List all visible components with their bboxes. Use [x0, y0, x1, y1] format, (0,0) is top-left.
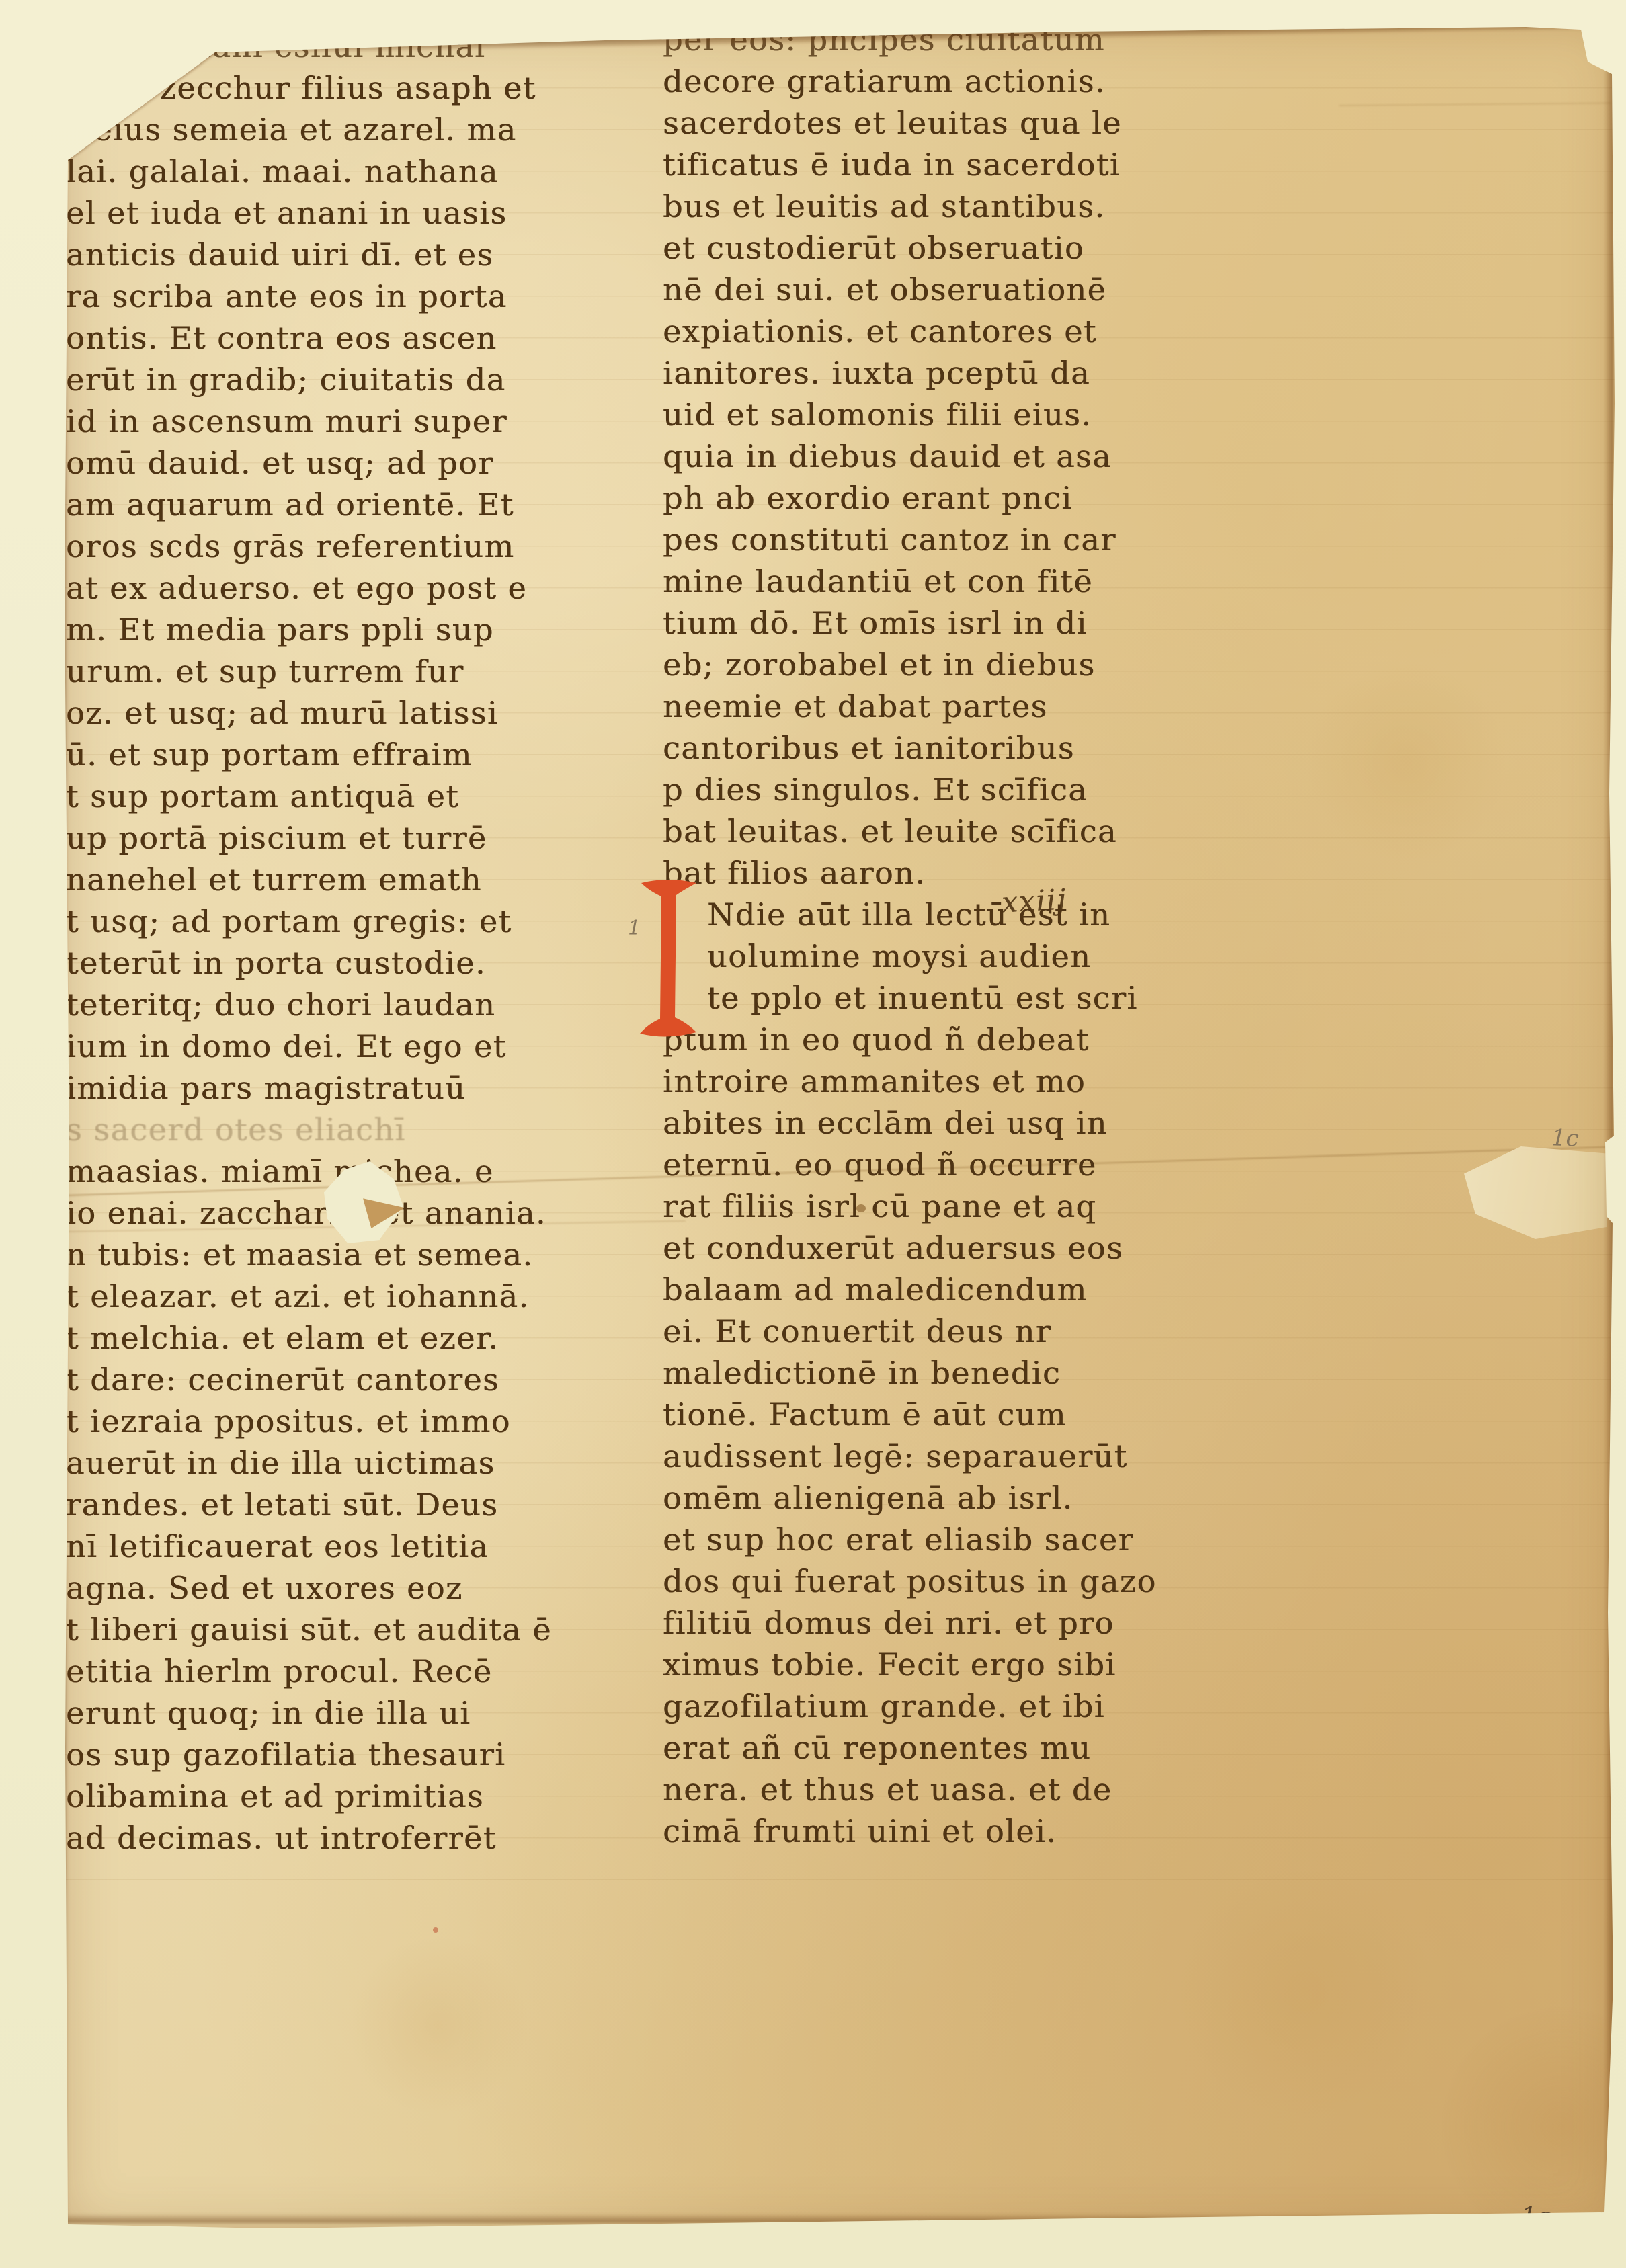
text-line: tium dō. Et omīs isrl in di — [663, 602, 1241, 644]
text-line: Ndie aūt illa lectū est in — [663, 894, 1241, 935]
text-line: p dies singulos. Et scīfica — [663, 769, 1241, 810]
text-line: t iezraia ppositus. et immo — [66, 1400, 608, 1442]
text-line: et sup hoc erat eliasib sacer — [663, 1519, 1241, 1560]
text-line: et custodierūt obseruatio — [663, 227, 1241, 269]
text-line: anticis dauid uiri dī. et es — [66, 234, 608, 276]
text-line: rat filiis isrl cū pane et aq — [663, 1185, 1241, 1227]
text-line: nē dei sui. et obseruationē — [663, 269, 1241, 310]
text-column-right: per eos: pncipes ciuitatumdecore gratiar… — [663, 19, 1241, 1894]
text-line: sacerdotes et leuitas qua le — [663, 102, 1241, 144]
text-line: pes constituti cantoz in car — [663, 519, 1241, 560]
text-line: uid et salomonis filii eius. — [663, 394, 1241, 435]
text-line: n tubis: et maasia et semea. — [66, 1234, 608, 1275]
text-line: ium in domo dei. Et ego et — [66, 1025, 608, 1067]
chapter-number: xxiij — [1001, 882, 1068, 919]
text-line: oz. et usq; ad murū latissi — [66, 692, 608, 734]
text-line: up portā piscium et turrē — [66, 817, 608, 859]
text-line: cimā frumti uini et olei. — [663, 1810, 1241, 1852]
text-line: ianitores. iuxta pceptū da — [663, 352, 1241, 394]
text-line: nī letificauerat eos letitia — [66, 1525, 608, 1567]
text-line: te pplo et inuentū est scri — [663, 977, 1241, 1019]
text-line: tionē. Factum ē aūt cum — [663, 1394, 1241, 1435]
text-line: ū. et sup portam effraim — [66, 734, 608, 775]
ink-spot — [856, 1204, 866, 1212]
text-line: randes. et letati sūt. Deus — [66, 1484, 608, 1525]
text-line: am aquarum ad orientē. Et — [66, 484, 608, 526]
text-line: introire ammanites et mo — [663, 1060, 1241, 1102]
text-line: bat filios aaron. — [663, 852, 1241, 894]
text-line: etitia hierlm procul. Recē — [66, 1650, 608, 1692]
text-line: quia in diebus dauid et asa — [663, 435, 1241, 477]
text-line: ani mathani esilui michal — [66, 26, 608, 67]
text-line: t usq; ad portam gregis: et — [66, 900, 608, 942]
text-column-left: ani mathani esilui michalfilius zecchur … — [66, 26, 608, 1894]
text-line: teterūt in porta custodie. — [66, 942, 608, 984]
text-line: cantoribus et ianitoribus — [663, 727, 1241, 769]
text-line: expiationis. et cantores et — [663, 310, 1241, 352]
text-line: balaam ad maledicendum — [663, 1269, 1241, 1310]
text-line: t dare: cecinerūt cantores — [66, 1359, 608, 1400]
text-line: m. Et media pars ppli sup — [66, 609, 608, 650]
text-line: erunt quoq; in die illa ui — [66, 1692, 608, 1734]
text-line: bus et leuitis ad stantibus. — [663, 185, 1241, 227]
text-line: eternū. eo quod ñ occurre — [663, 1144, 1241, 1185]
text-line: maledictionē in benedic — [663, 1352, 1241, 1394]
text-line: neemie et dabat partes — [663, 685, 1241, 727]
text-line: ontis. Et contra eos ascen — [66, 317, 608, 359]
text-line: ad decimas. ut introferrēt — [66, 1817, 608, 1859]
text-line: ximus tobie. Fecit ergo sibi — [663, 1644, 1241, 1685]
text-line: ptum in eo quod ñ debeat — [663, 1019, 1241, 1060]
text-line: gazofilatium grande. et ibi — [663, 1685, 1241, 1727]
text-line: imidia pars magistratuū — [66, 1067, 608, 1109]
text-line: erūt in gradib; ciuitatis da — [66, 359, 608, 401]
initial-I-glyph — [635, 878, 702, 1039]
text-line: agna. Sed et uxores eoz — [66, 1567, 608, 1609]
text-line: dos qui fuerat positus in gazo — [663, 1560, 1241, 1602]
text-line: el et iuda et anani in uasis — [66, 192, 608, 234]
rubric-initial-letter: I — [635, 878, 702, 1039]
text-line: uolumine moysi audien — [663, 935, 1241, 977]
text-line: filius zecchur filius asaph et — [66, 67, 608, 109]
text-line: decore gratiarum actionis. — [663, 60, 1241, 102]
text-line: olibamina et ad primitias — [66, 1775, 608, 1817]
text-line: ra scriba ante eos in porta — [66, 276, 608, 317]
text-line: os sup gazofilatia thesauri — [66, 1734, 608, 1775]
text-line: at ex aduerso. et ego post e — [66, 567, 608, 609]
text-line: teteritq; duo chori laudan — [66, 984, 608, 1025]
red-speck — [433, 1927, 438, 1933]
text-line: filitiū domus dei nri. et pro — [663, 1602, 1241, 1644]
text-line: eb; zorobabel et in diebus — [663, 644, 1241, 685]
text-line: per eos: pncipes ciuitatum — [663, 19, 1241, 60]
text-line: urum. et sup turrem fur — [66, 650, 608, 692]
text-line: t sup portam antiquā et — [66, 775, 608, 817]
parchment-leaf: ani mathani esilui michalfilius zecchur … — [62, 23, 1617, 2232]
folio-mark-margin: 1c — [1551, 1124, 1579, 1152]
text-line: omū dauid. et usq; ad por — [66, 442, 608, 484]
folio-mark-corner: 1c — [1520, 2201, 1551, 2232]
text-line: t eleazar. et azi. et iohannā. — [66, 1275, 608, 1317]
text-line: lai. galalai. maai. nathana — [66, 151, 608, 192]
text-line: ph ab exordio erant pnci — [663, 477, 1241, 519]
text-line: omēm alienigenā ab isrl. — [663, 1477, 1241, 1519]
text-line: nera. et thus et uasa. et de — [663, 1769, 1241, 1810]
text-line: audissent legē: separauerūt — [663, 1435, 1241, 1477]
text-line: abites in ecclām dei usq in — [663, 1102, 1241, 1144]
manuscript-photo: ani mathani esilui michalfilius zecchur … — [0, 0, 1626, 2268]
text-line: auerūt in die illa uictimas — [66, 1442, 608, 1484]
text-line: t melchia. et elam et ezer. — [66, 1317, 608, 1359]
text-line: bat leuitas. et leuite scīfica — [663, 810, 1241, 852]
text-line: erat añ cū reponentes mu — [663, 1727, 1241, 1769]
text-line: oros scds grās referentium — [66, 526, 608, 567]
pencil-numeral: 1 — [628, 917, 641, 940]
text-line: t liberi gauisi sūt. et audita ē — [66, 1609, 608, 1650]
text-line: id in ascensum muri super — [66, 401, 608, 442]
text-line: tificatus ē iuda in sacerdoti — [663, 144, 1241, 185]
text-line: mine laudantiū et con fitē — [663, 560, 1241, 602]
text-line: ei. Et conuertit deus nr — [663, 1310, 1241, 1352]
text-line: s eius semeia et azarel. ma — [66, 109, 608, 151]
text-line: s sacerd otes eliachī — [66, 1109, 608, 1150]
text-line: nanehel et turrem emath — [66, 859, 608, 900]
text-line: et conduxerūt aduersus eos — [663, 1227, 1241, 1269]
